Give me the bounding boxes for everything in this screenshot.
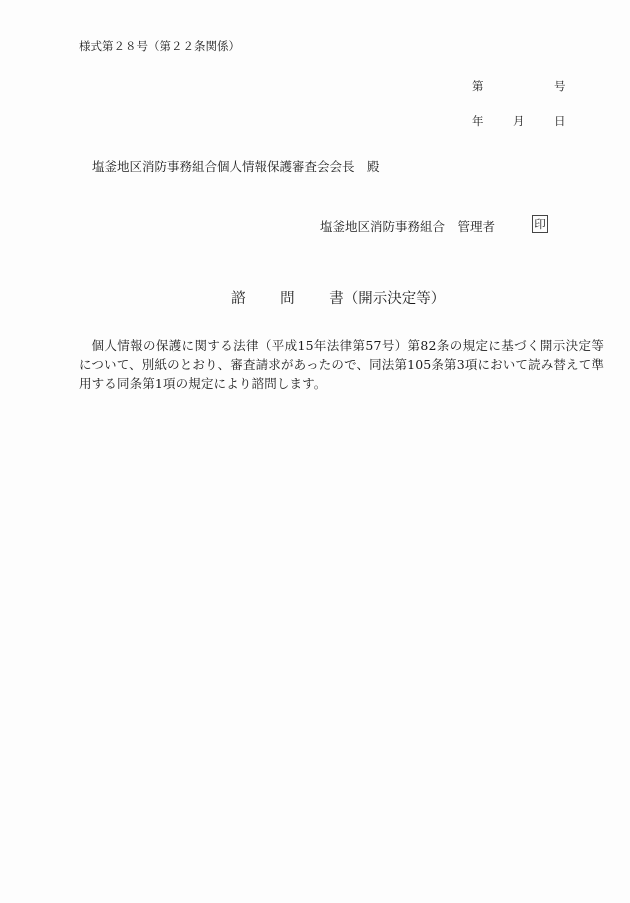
document-number-prefix: 第: [472, 78, 484, 94]
title-char-1: 諮: [231, 287, 246, 308]
addressee: 塩釜地区消防事務組合個人情報保護審査会会長 殿: [92, 157, 380, 175]
seal-stamp-icon: 印: [532, 215, 548, 233]
document-number: 第 号: [472, 78, 572, 94]
title-char-3: 書（開示決定等）: [329, 287, 445, 308]
document-date: 年 月 日: [472, 113, 572, 129]
title-char-2: 問: [280, 287, 295, 308]
sender-name: 塩釜地区消防事務組合 管理者: [320, 217, 495, 235]
date-year: 年: [472, 113, 484, 129]
date-day: 日: [554, 113, 566, 129]
date-month: 月: [513, 113, 525, 129]
body-paragraph: 個人情報の保護に関する法律（平成15年法律第57号）第82条の規定に基づく開示決…: [79, 336, 604, 393]
document-title: 諮 問 書（開示決定等）: [231, 287, 445, 308]
form-number: 様式第２８号（第２２条関係）: [79, 38, 240, 54]
document-number-suffix: 号: [554, 78, 566, 94]
